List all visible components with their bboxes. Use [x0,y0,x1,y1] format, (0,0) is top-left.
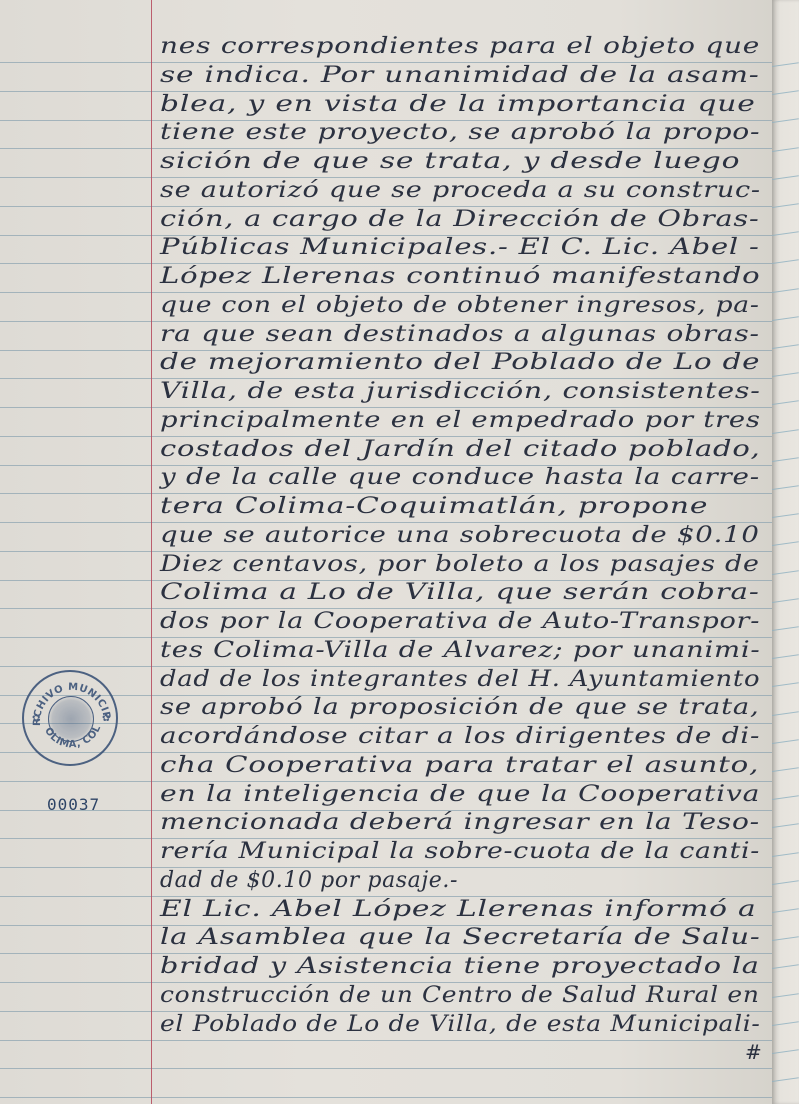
handwritten-line: Públicas Municipales.- El C. Lic. Abel - [160,237,760,259]
handwritten-line: y de la calle que conduce hasta la carre… [160,467,760,489]
rule-line [772,964,799,969]
rule-line [772,429,799,434]
ledger-page: nes correspondientes para el objeto ques… [0,0,772,1104]
rule-line [772,175,799,180]
rule-line [772,457,799,462]
handwritten-line: tes Colima-Villa de Alvarez; por unanimi… [160,640,760,662]
handwritten-line: Colima a Lo de Villa, que serán cobra- [160,582,760,604]
rule-line [772,598,799,603]
handwritten-line: se aprobó la proposición de que se trata… [160,697,759,719]
handwritten-line: dos por la Cooperativa de Auto-Transpor- [160,611,760,633]
rule-line [772,852,799,857]
rule-line [772,908,799,913]
handwritten-line: que se autorice una sobrecuota de $0.10 [160,525,760,547]
handwritten-line: se autorizó que se proceda a su construc… [160,180,761,202]
stamp-seal-icon [48,696,94,742]
rule-line [772,147,799,152]
handwritten-line: mencionada deberá ingresar en la Teso- [160,812,760,834]
rule-line [772,513,799,518]
handwritten-line: costados del Jardín del citado poblado, [160,439,761,461]
rule-line [772,682,799,687]
rule-line [772,880,799,885]
handwritten-line: en la inteligencia de que la Cooperativa [160,784,760,806]
margin-line [151,0,152,1104]
handwritten-line: tera Colima-Coquimatlán, propone [160,496,708,518]
rule-line [772,400,799,405]
handwritten-line: bridad y Asistencia tiene proyectado la [160,956,760,978]
handwritten-line: tiene este proyecto, se aprobó la propo- [160,122,760,144]
handwritten-line: cha Cooperativa para tratar el asunto, [160,755,759,777]
rule-line [772,626,799,631]
rule-line [772,711,799,716]
handwritten-line: construcción de un Centro de Salud Rural… [160,985,760,1007]
handwritten-line: El Lic. Abel López Llerenas informó a [160,899,757,921]
archive-number: 00037 [47,795,100,814]
rule-line [772,203,799,208]
rule-line [0,1040,772,1041]
rule-line [772,654,799,659]
rule-line [772,1077,799,1082]
rule-line [772,795,799,800]
rule-line [772,739,799,744]
handwritten-line: Diez centavos, por boleto a los pasajes … [160,554,760,576]
archive-stamp: ARCHIVO MUNICIPAL COLIMA, COL. ✿ ✿ [22,670,118,766]
handwritten-line: se indica. Por unanimidad de la asam- [160,65,760,87]
rule-line [772,541,799,546]
handwritten-line: dad de $0.10 por pasaje.- [160,870,458,892]
handwritten-line: López Llerenas continuó manifestando [160,266,760,288]
rule-line [772,1049,799,1054]
handwritten-line: nes correspondientes para el objeto que [160,36,760,58]
next-page-edge [772,0,799,1104]
rule-line [772,259,799,264]
rule-line [772,118,799,123]
handwritten-line: blea, y en vista de la importancia que [160,94,756,116]
rule-line [0,1068,772,1069]
rule-line [772,288,799,293]
rule-line [772,936,799,941]
rule-line [772,485,799,490]
rule-line [772,993,799,998]
handwritten-line: rería Municipal la sobre-cuota de la can… [160,841,760,863]
rule-line [772,1021,799,1026]
rule-line [772,316,799,321]
rule-line [772,767,799,772]
handwritten-line: sición de que se trata, y desde luego [160,151,740,173]
handwritten-line: el Poblado de Lo de Villa, de esta Munic… [160,1014,760,1036]
handwritten-line: ra que sean destinados a algunas obras- [160,324,760,346]
handwritten-line: principalmente en el empedrado por tres [160,410,761,432]
handwritten-line: Villa, de esta jurisdicción, consistente… [160,381,761,403]
rule-line [772,372,799,377]
rule-line [772,570,799,575]
handwritten-line: ción, a cargo de la Dirección de Obras- [160,209,759,231]
stamp-star-icon: ✿ [102,713,110,724]
rule-line [772,823,799,828]
handwritten-line: acordándose citar a los dirigentes de di… [160,726,760,748]
stamp-star-icon: ✿ [32,713,40,724]
rule-line [772,231,799,236]
handwritten-line: que con el objeto de obtener ingresos, p… [160,295,760,317]
rule-line [772,344,799,349]
handwritten-line: de mejoramiento del Poblado de Lo de [160,352,760,374]
handwritten-line: la Asamblea que la Secretaría de Salu- [160,927,760,949]
rule-line [772,62,799,67]
handwritten-line: dad de los integrantes del H. Ayuntamien… [160,669,760,691]
rule-line [0,1097,772,1098]
handwritten-line: # [745,1042,762,1062]
rule-line [772,90,799,95]
